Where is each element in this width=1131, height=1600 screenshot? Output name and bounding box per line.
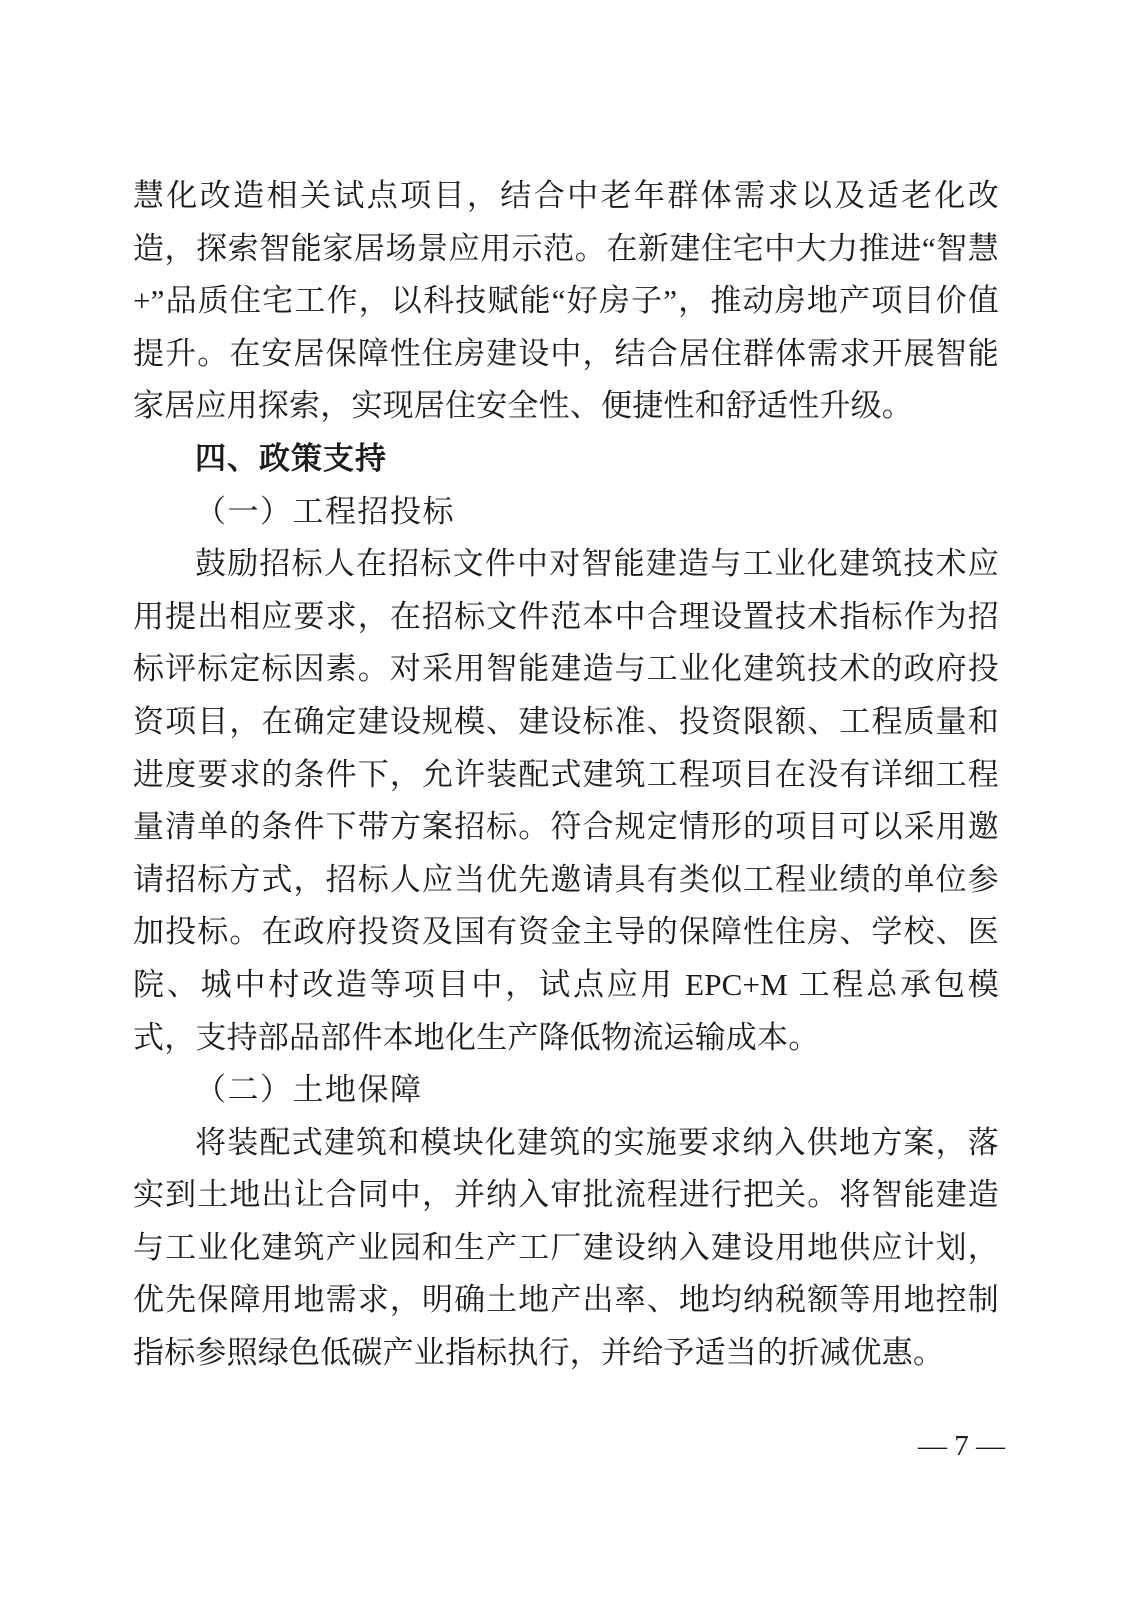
subsection-heading-land-guarantee: （二）土地保障 [133, 1064, 999, 1117]
subsection-heading-bidding: （一）工程招投标 [133, 486, 999, 539]
subsection-bidding-paragraph: 鼓励招标人在招标文件中对智能建造与工业化建筑技术应用提出相应要求，在招标文件范本… [133, 538, 999, 1064]
page-number: — 7 — [133, 1428, 1005, 1464]
continuation-paragraph: 慧化改造相关试点项目，结合中老年群体需求以及适老化改造，探索智能家居场景应用示范… [133, 170, 999, 433]
document-body: 慧化改造相关试点项目，结合中老年群体需求以及适老化改造，探索智能家居场景应用示范… [133, 170, 999, 1380]
section-heading-policy-support: 四、政策支持 [133, 433, 999, 486]
document-page: 慧化改造相关试点项目，结合中老年群体需求以及适老化改造，探索智能家居场景应用示范… [0, 0, 1131, 1600]
subsection-land-guarantee-paragraph: 将装配式建筑和模块化建筑的实施要求纳入供地方案，落实到土地出让合同中，并纳入审批… [133, 1117, 999, 1380]
